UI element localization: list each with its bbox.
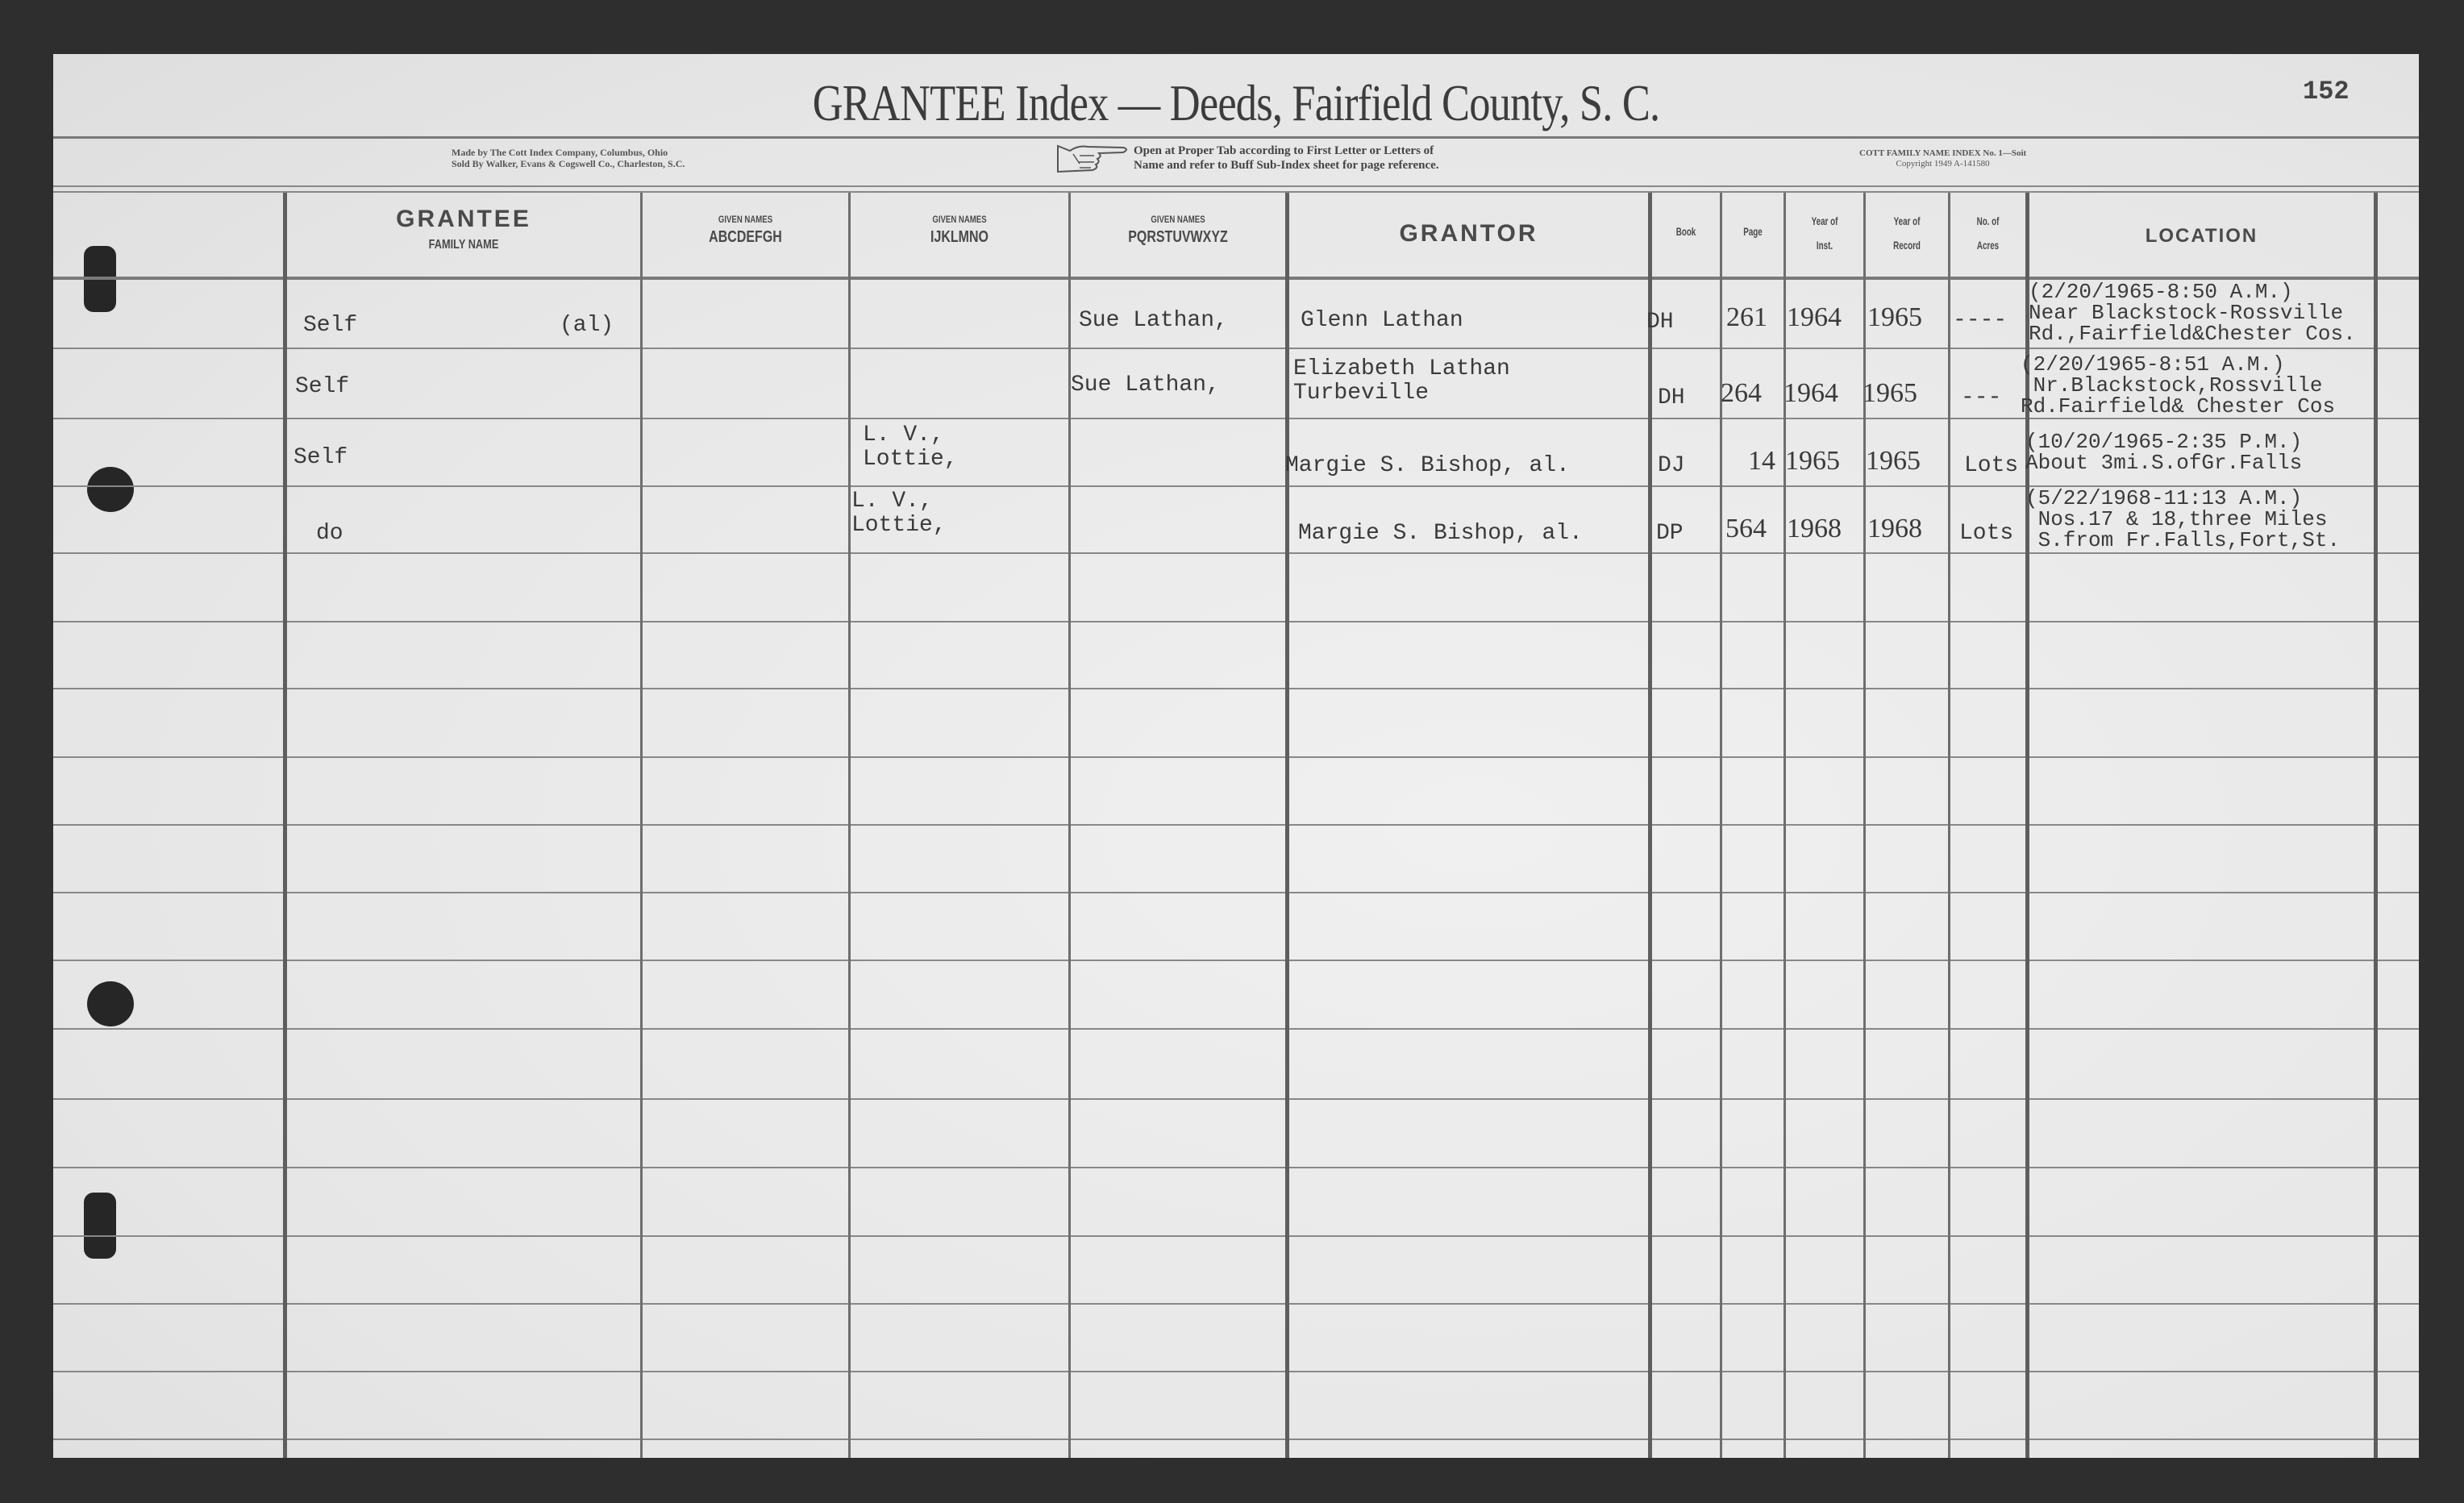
location: (2/20/1965-8:51 A.M.) Nr.Blackstock,Ross… — [2021, 354, 2335, 417]
grantee-family-name: Self — [293, 446, 348, 470]
year-inst: 1965 — [1785, 449, 1840, 473]
maker-credit: Made by The Cott Index Company, Columbus… — [452, 147, 685, 169]
location: (5/22/1968-11:13 A.M.) Nos.17 & 18,three… — [2025, 488, 2340, 551]
year-record: 1965 — [1863, 381, 1917, 406]
col-divider-grantor — [1285, 193, 1289, 1458]
header-book: Book — [1652, 219, 1720, 244]
row-rule — [53, 552, 2419, 554]
punch-hole-round-lower — [87, 981, 134, 1026]
punch-hole-slot-bottom — [84, 1193, 116, 1259]
row-rule — [53, 621, 2419, 622]
grantee-family-name: Self — [303, 314, 357, 338]
page-title: GRANTEE Index — Deeds, Fairfield County,… — [266, 73, 2206, 133]
cott-index-credit: COTT FAMILY NAME INDEX No. 1—Soit Copyri… — [1859, 148, 2026, 169]
acres: Lots — [1964, 454, 2018, 478]
row-rule — [53, 1303, 2419, 1305]
header-year-record: Year of Record — [1866, 209, 1948, 257]
header-acres: No. of Acres — [1950, 209, 2025, 257]
year-inst: 1964 — [1783, 381, 1838, 406]
given-name-pqrs: Sue Lathan, — [1071, 373, 1220, 398]
row-rule — [53, 824, 2419, 826]
double-rule-bottom — [53, 191, 2419, 193]
grantor-name: Glenn Lathan — [1301, 309, 1463, 333]
year-inst: 1968 — [1787, 517, 1842, 541]
col-divider-acres — [1948, 193, 1950, 1458]
pointing-hand-icon — [1055, 143, 1131, 175]
header-given-pqrstuvwxyz: GIVEN NAMES PQRSTUVWXYZ — [1071, 214, 1285, 247]
col-divider-grantee — [283, 193, 287, 1458]
page: 264 — [1721, 381, 1762, 406]
page: 14 — [1748, 449, 1775, 473]
book: DJ — [1658, 454, 1685, 478]
page: 261 — [1726, 306, 1767, 330]
row-rule — [53, 1235, 2419, 1237]
title-rule — [53, 136, 2419, 139]
given-name-pqrs: Sue Lathan, — [1079, 309, 1228, 333]
usage-instruction: Open at Proper Tab according to First Le… — [1134, 144, 1439, 173]
book: DP — [1656, 522, 1684, 546]
grantor-name: Margie S. Bishop, al. — [1285, 454, 1570, 478]
col-divider-given-a — [640, 193, 643, 1458]
row-rule — [53, 892, 2419, 893]
header-given-abcdefgh: GIVEN NAMES ABCDEFGH — [643, 214, 848, 247]
year-record: 1968 — [1867, 517, 1922, 541]
col-divider-right — [2374, 193, 2378, 1458]
header-grantor: GRANTOR — [1289, 220, 1648, 248]
page: 564 — [1725, 517, 1767, 541]
row-rule — [53, 1167, 2419, 1168]
grantee-family-name: Self — [295, 375, 349, 399]
given-name-ijklmno: L. V., Lottie, — [863, 423, 958, 472]
row-rule — [53, 688, 2419, 689]
grantor-name: Margie S. Bishop, al. — [1298, 522, 1583, 546]
location: (10/20/1965-2:35 P.M.) About 3mi.S.ofGr.… — [2025, 431, 2302, 473]
row-rule — [53, 1371, 2419, 1372]
year-record: 1965 — [1867, 306, 1922, 330]
grantee-family-name: do — [316, 522, 343, 546]
given-name-ijklmno: L. V., Lottie, — [851, 489, 947, 538]
grantee-suffix: (al) — [560, 314, 614, 338]
acres: Lots — [1959, 522, 2013, 546]
row-rule — [53, 1438, 2419, 1440]
book: DH — [1658, 386, 1685, 410]
col-divider-given-i — [848, 193, 851, 1458]
year-record: 1965 — [1866, 449, 1921, 473]
header-grantee: GRANTEE FAMILY NAME — [287, 206, 640, 252]
row-rule — [53, 1028, 2419, 1030]
book: DH — [1646, 310, 1674, 335]
row-rule — [53, 756, 2419, 758]
acres: --- — [1961, 386, 2001, 410]
header-given-ijklmno: GIVEN NAMES IJKLMNO — [851, 214, 1068, 247]
punch-hole-round-upper — [87, 467, 134, 512]
header-year-inst: Year of Inst. — [1786, 209, 1863, 257]
row-rule — [53, 348, 2419, 349]
double-rule-top — [53, 185, 2419, 187]
index-card: GRANTEE Index — Deeds, Fairfield County,… — [53, 54, 2419, 1458]
page-number: 152 — [2303, 77, 2350, 106]
acres: ---- — [1953, 309, 2007, 333]
location: (2/20/1965-8:50 A.M.) Near Blackstock-Ro… — [2029, 281, 2356, 344]
header-location: LOCATION — [2029, 225, 2374, 248]
header-page: Page — [1722, 219, 1783, 244]
row-rule — [53, 1098, 2419, 1100]
col-divider-book — [1648, 193, 1652, 1458]
row-rule — [53, 960, 2419, 961]
year-inst: 1964 — [1787, 306, 1842, 330]
grantor-name: Elizabeth Lathan Turbeville — [1293, 357, 1510, 406]
